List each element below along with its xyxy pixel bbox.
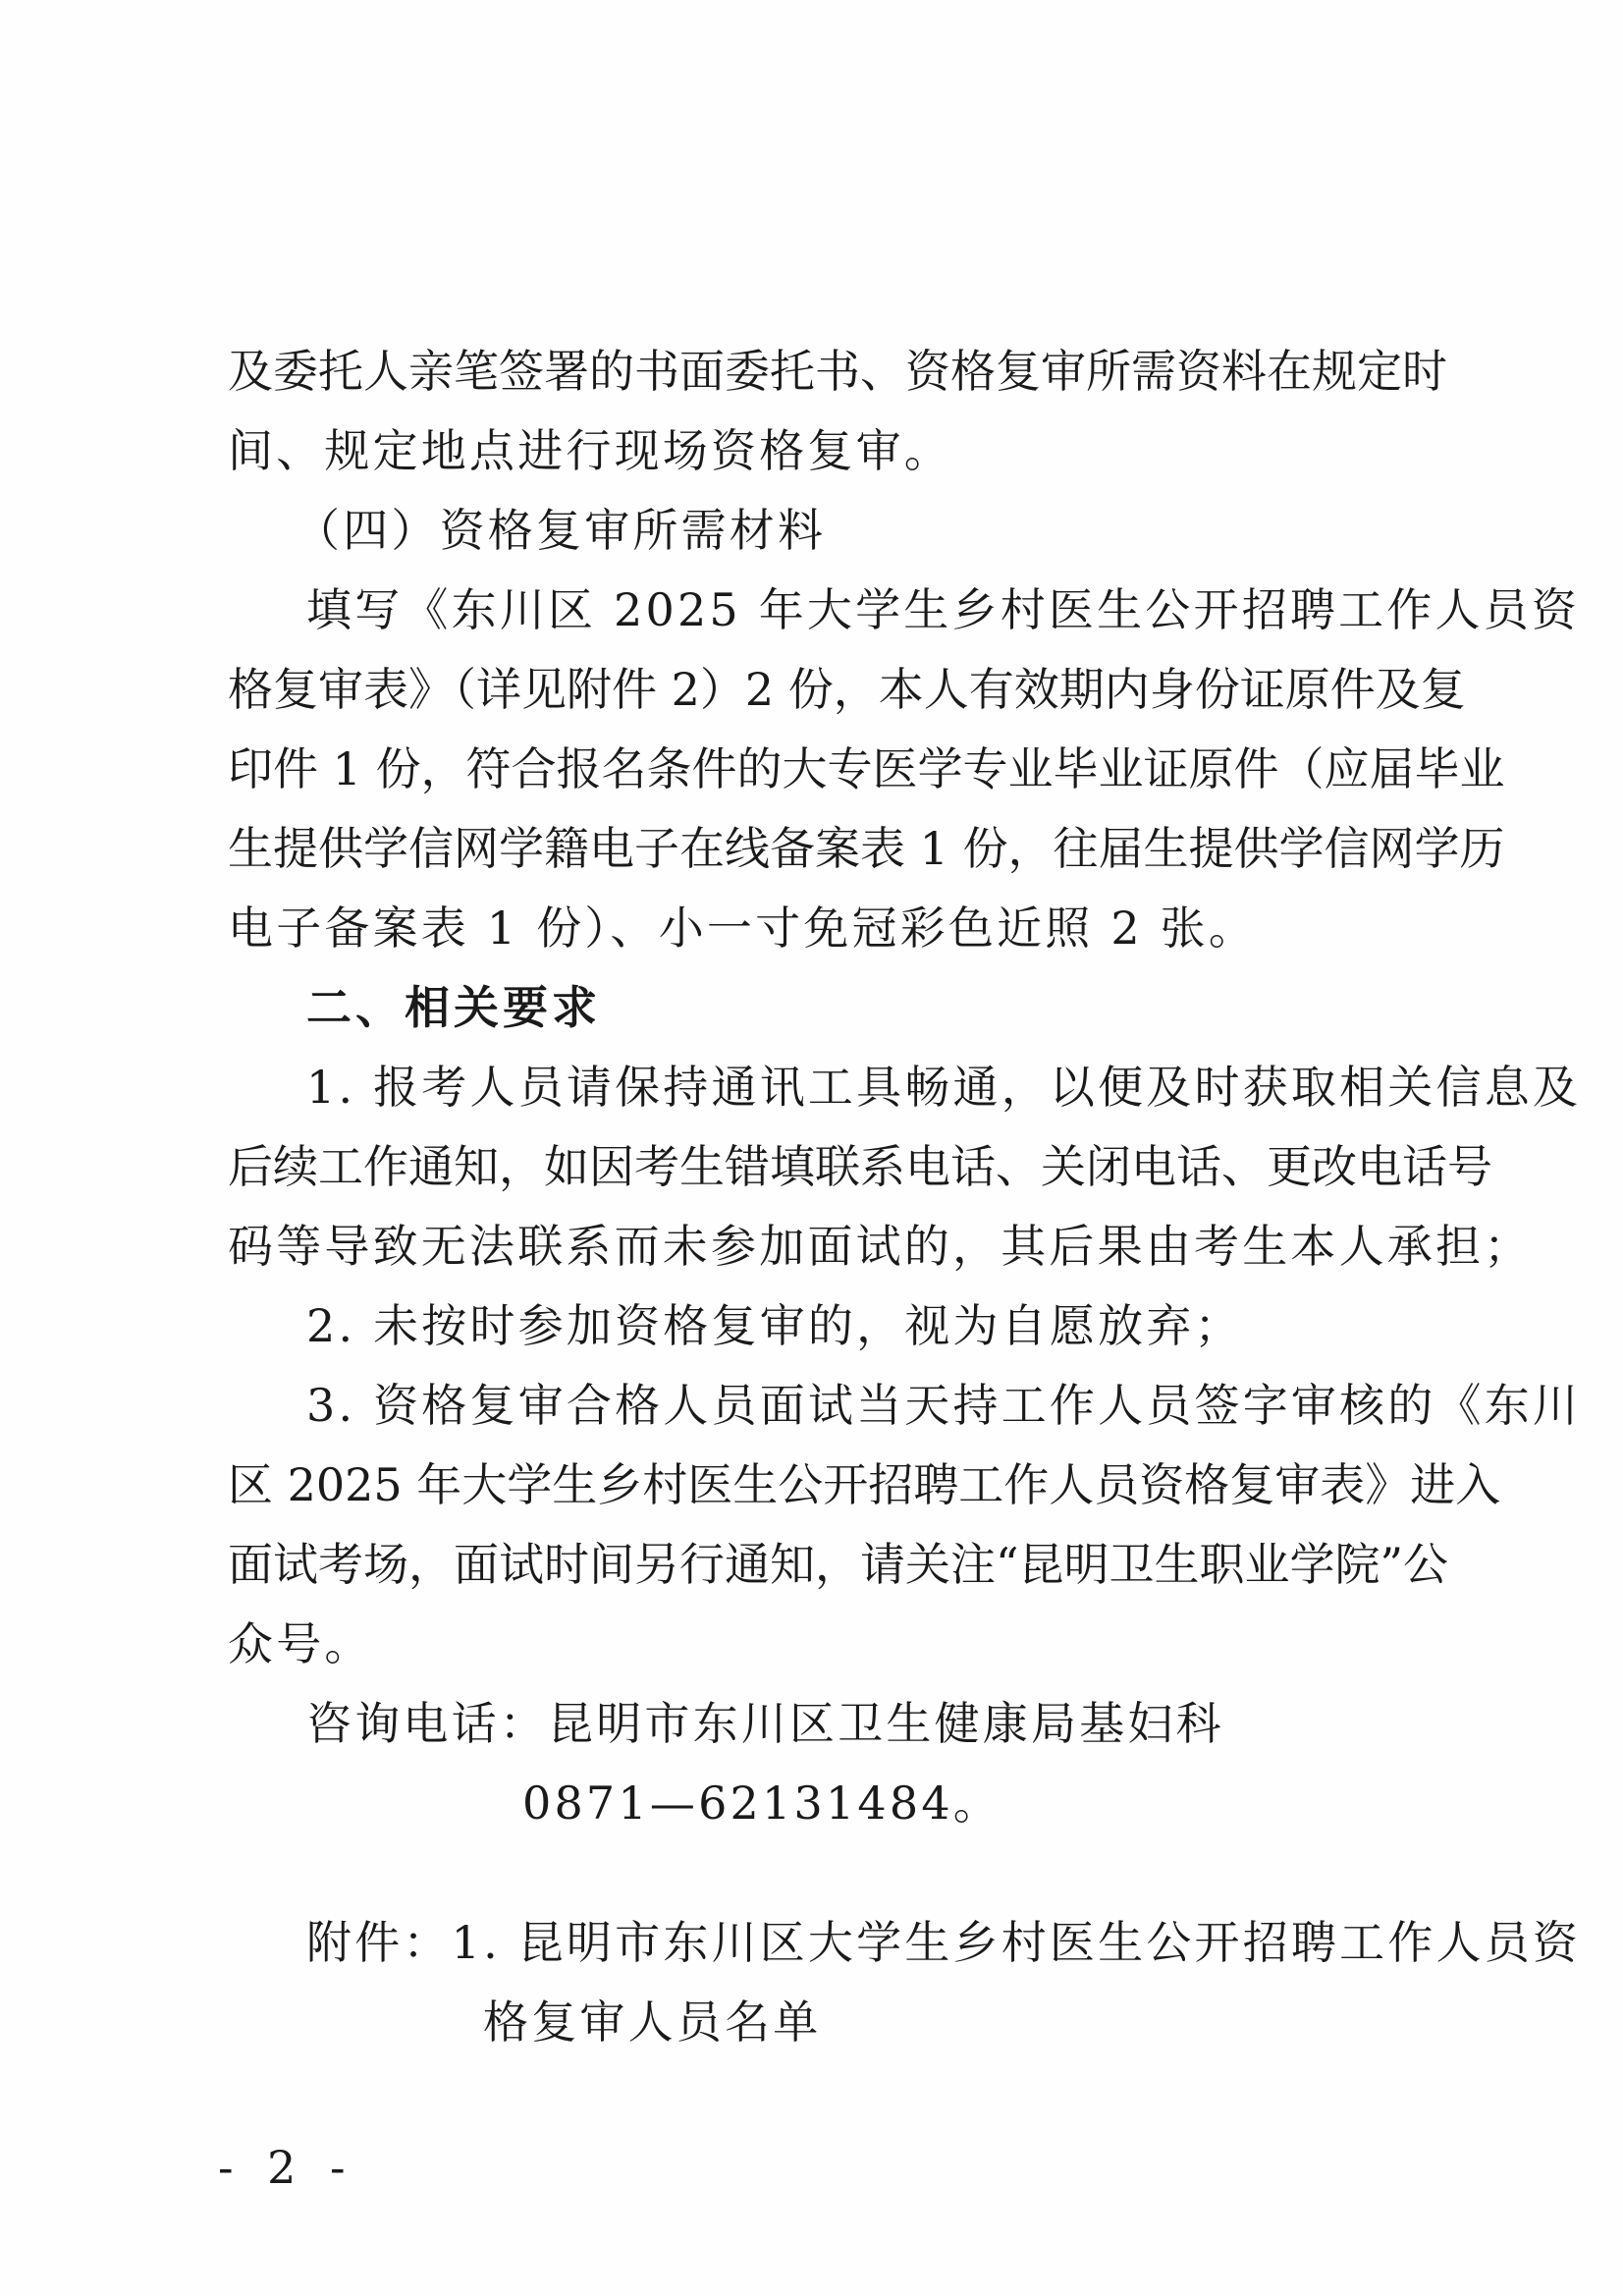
requirement-line: 3. 资格复审合格人员面试当天持工作人员签字审核的《东川	[306, 1383, 1426, 1428]
paragraph-line: 及委托人亲笔签署的书面委托书、资格复审所需资料在规定时	[228, 349, 1426, 394]
requirement-line: 1. 报考人员请保持通讯工具畅通，以便及时获取相关信息及	[306, 1065, 1426, 1110]
requirement-line: 区 2025 年大学生乡村医生公开招聘工作人员资格复审表》进入	[228, 1462, 1426, 1507]
paragraph-line: 格复审表》（详见附件 2）2 份，本人有效期内身份证原件及复	[228, 667, 1426, 712]
page-number: - 2 -	[218, 2141, 355, 2194]
requirement-line: 众号。	[228, 1621, 373, 1667]
contact-phone: 0871—62131484。	[522, 1780, 1001, 1826]
paragraph-line: 填写《东川区 2025 年大学生乡村医生公开招聘工作人员资	[306, 587, 1426, 632]
contact-org: 昆明市东川区卫生健康局基妇科	[548, 1697, 1224, 1750]
requirement-line: 后续工作通知，如因考生错填联系电话、关闭电话、更改电话号	[228, 1144, 1426, 1189]
paragraph-line: 生提供学信网学籍电子在线备案表 1 份，往届生提供学信网学历	[228, 826, 1426, 871]
paragraph-line: 电子备案表 1 份）、小一寸免冠彩色近照 2 张。	[228, 905, 1257, 951]
requirement-line: 面试考场，面试时间另行通知，请关注“昆明卫生职业学院”公	[228, 1542, 1426, 1587]
section-heading-2: 二、相关要求	[306, 985, 601, 1030]
section-heading-4: （四）资格复审所需材料	[295, 508, 826, 553]
attachment-label: 附件：	[306, 1916, 452, 1969]
contact-label: 咨询电话：	[306, 1697, 548, 1750]
paragraph-line: 印件 1 份，符合报名条件的大专医学专业毕业证原件（应届毕业	[228, 746, 1426, 792]
attachment-line: 附件：1. 昆明市东川区大学生乡村医生公开招聘工作人员资	[306, 1920, 1581, 1965]
document-page: 及委托人亲笔签署的书面委托书、资格复审所需资料在规定时 间、规定地点进行现场资格…	[0, 0, 1623, 2296]
requirement-line: 码等导致无法联系而未参加面试的，其后果由考生本人承担；	[228, 1224, 1532, 1269]
requirement-line: 2. 未按时参加资格复审的，视为自愿放弃；	[306, 1303, 1243, 1348]
paragraph-line: 间、规定地点进行现场资格复审。	[228, 428, 952, 473]
attachment-item-1: 1. 昆明市东川区大学生乡村医生公开招聘工作人员资	[452, 1916, 1582, 1969]
contact-line: 咨询电话：昆明市东川区卫生健康局基妇科	[306, 1701, 1224, 1746]
attachment-item-1-cont: 格复审人员名单	[483, 1999, 821, 2045]
